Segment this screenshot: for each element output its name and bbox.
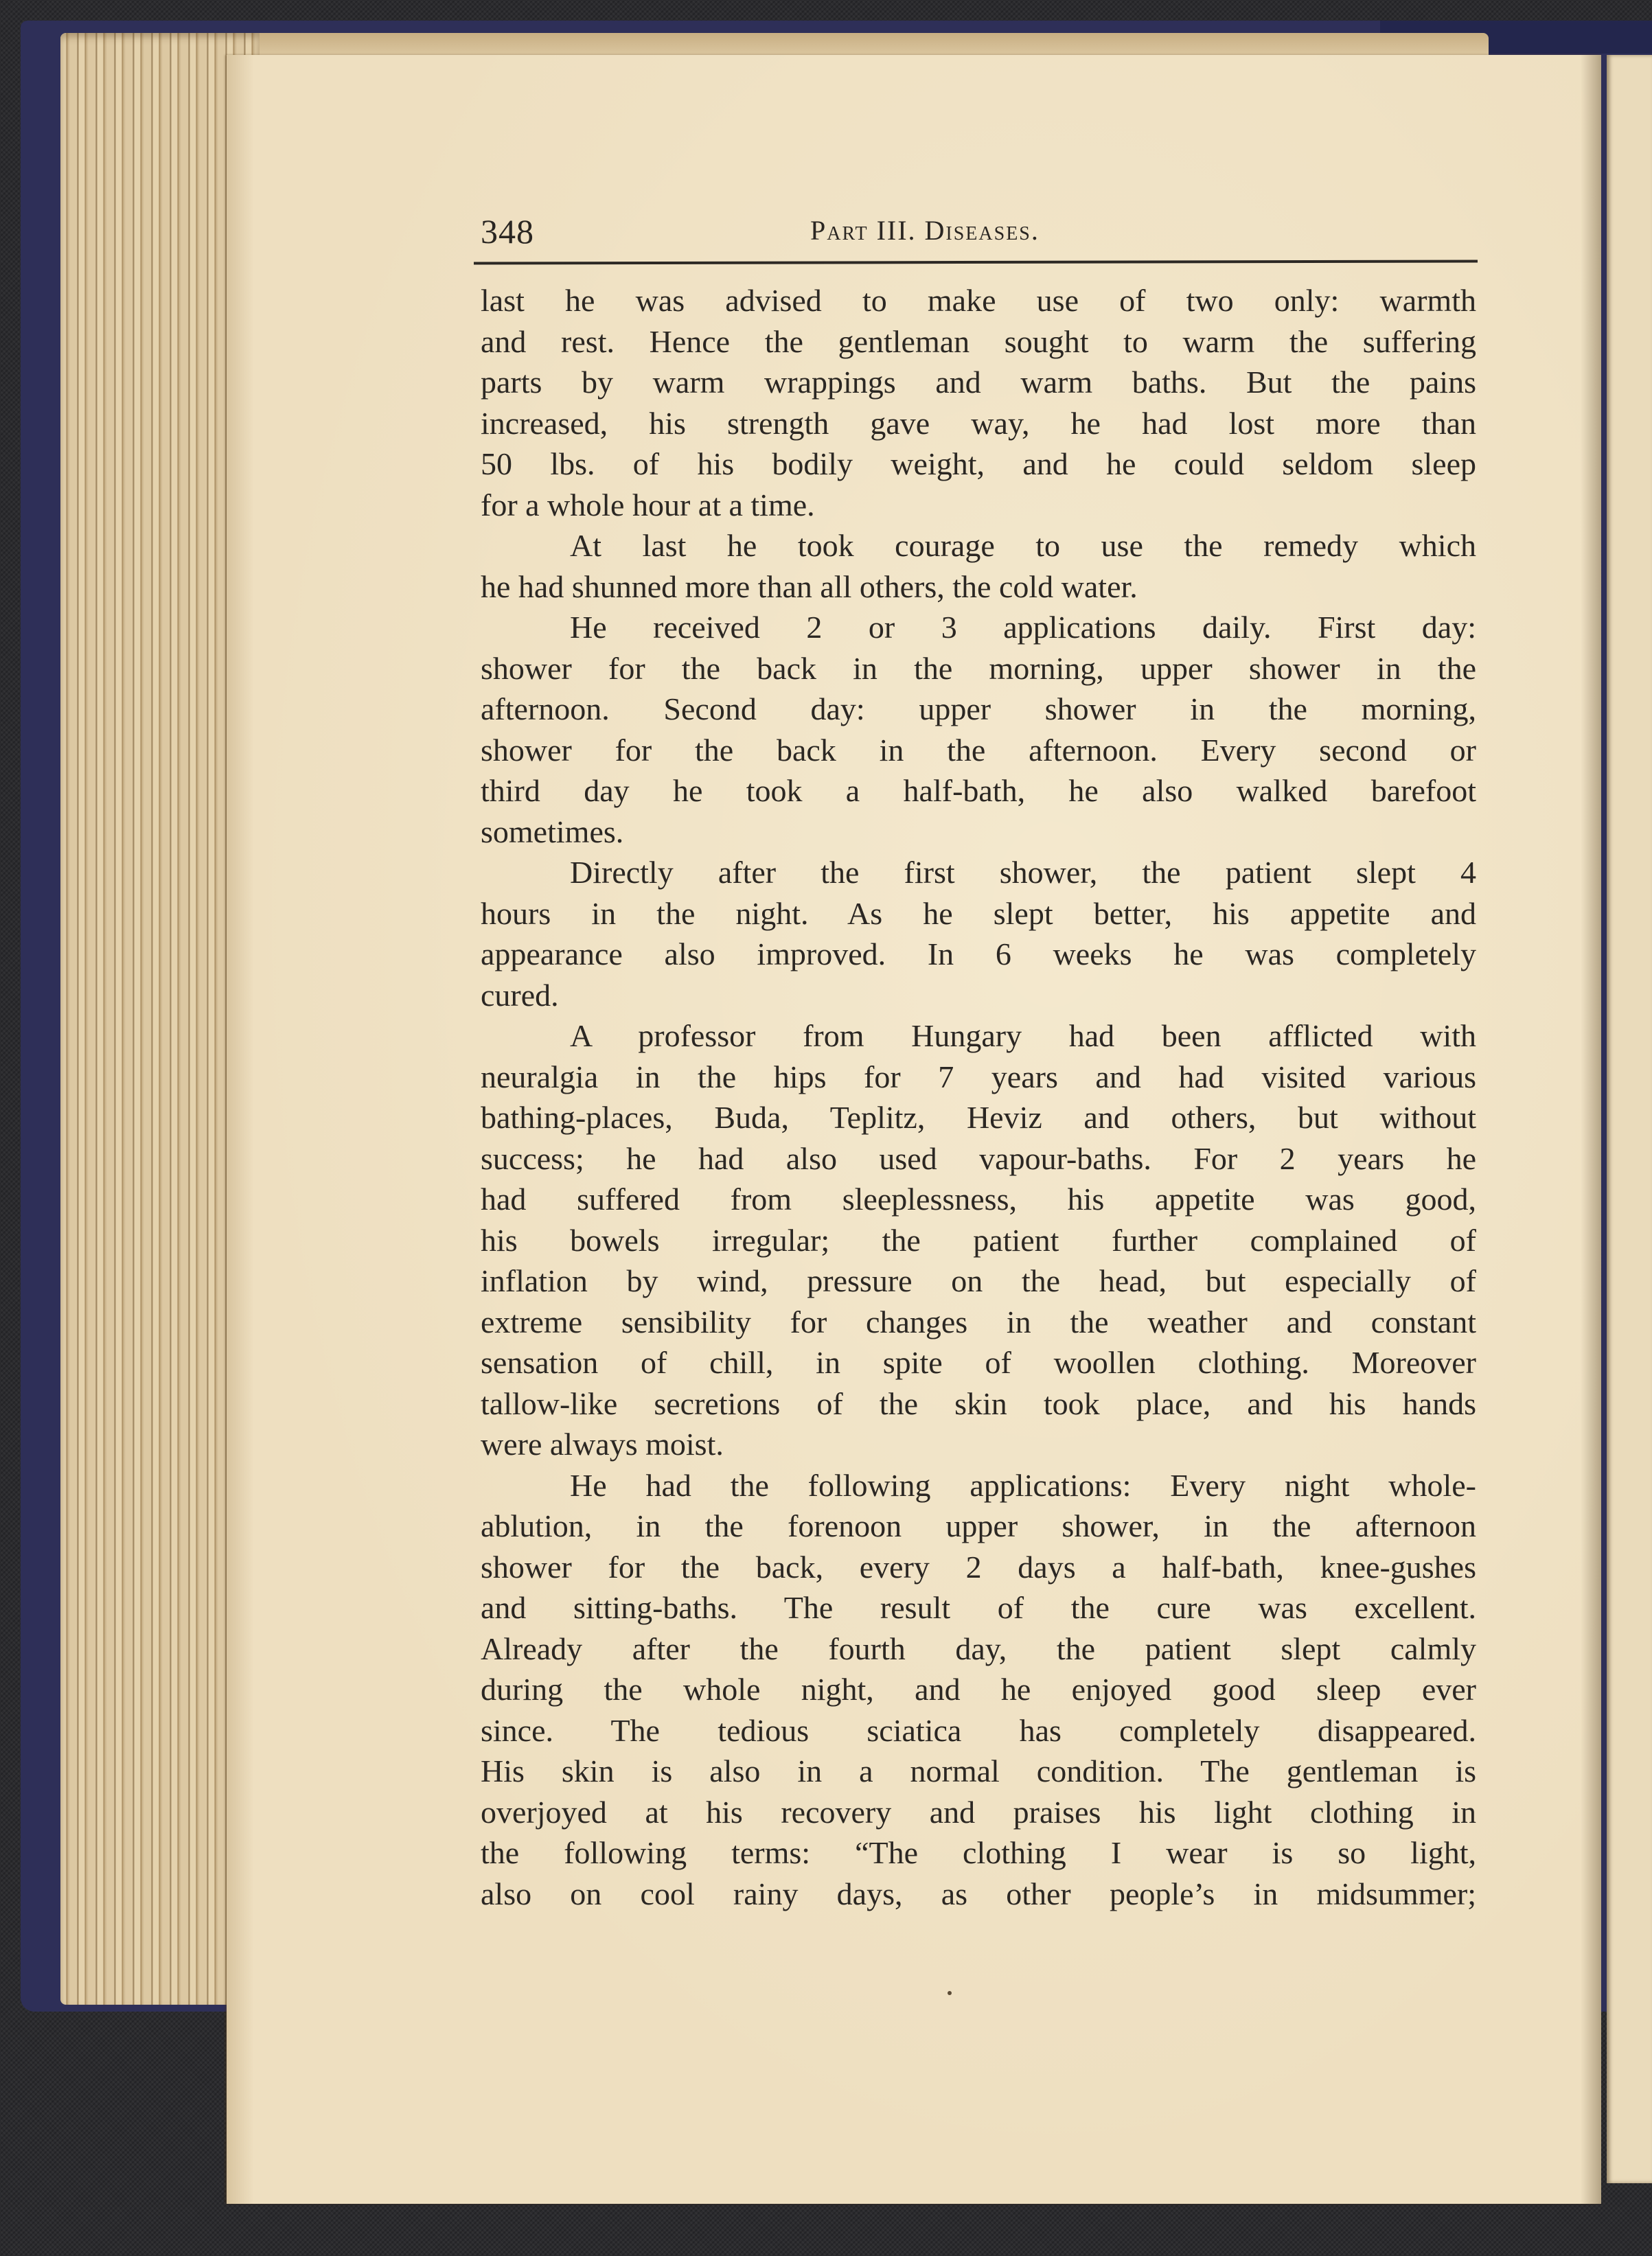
- text-line: Already after the fourth day, the patien…: [481, 1628, 1476, 1670]
- text-line: shower for the back, every 2 days a half…: [481, 1547, 1476, 1588]
- text-line: tallow-like secretions of the skin took …: [481, 1383, 1476, 1425]
- text-line: ablution, in the forenoon upper shower, …: [481, 1506, 1476, 1547]
- paragraph-first-line: Directly after the first shower, the pat…: [481, 852, 1476, 893]
- text-line: appearance also improved. In 6 weeks he …: [481, 934, 1476, 975]
- gutter-shadow: [1581, 55, 1601, 2204]
- text-line: inflation by wind, pressure on the head,…: [481, 1261, 1476, 1302]
- text-line: neuralgia in the hips for 7 years and ha…: [481, 1057, 1476, 1098]
- text-line: and rest. Hence the gentleman sought to …: [481, 321, 1476, 362]
- text-line: hours in the night. As he slept better, …: [481, 893, 1476, 934]
- text-line: increased, his strength gave way, he had…: [481, 403, 1476, 444]
- text-line: shower for the back in the morning, uppe…: [481, 648, 1476, 689]
- paper-speck: [948, 1991, 952, 1995]
- text-line: extreme sensibility for changes in the w…: [481, 1302, 1476, 1343]
- text-line: sometimes.: [481, 812, 1476, 853]
- text-line: sensation of chill, in spite of woollen …: [481, 1342, 1476, 1383]
- text-line: he had shunned more than all others, the…: [481, 566, 1476, 608]
- text-line: for a whole hour at a time.: [481, 485, 1476, 526]
- text-line: parts by warm wrappings and warm baths. …: [481, 362, 1476, 403]
- text-line: and sitting-baths. The result of the cur…: [481, 1587, 1476, 1628]
- facing-page-edge: [1607, 55, 1652, 2183]
- text-line: last he was advised to make use of two o…: [481, 280, 1476, 321]
- text-line: the following terms: “The clothing I wea…: [481, 1832, 1476, 1874]
- text-line: His skin is also in a normal condition. …: [481, 1751, 1476, 1792]
- text-line: overjoyed at his recovery and praises hi…: [481, 1792, 1476, 1833]
- paragraph-first-line: A professor from Hungary had been afflic…: [481, 1015, 1476, 1057]
- text-line: success; he had also used vapour-baths. …: [481, 1138, 1476, 1179]
- text-line: during the whole night, and he enjoyed g…: [481, 1669, 1476, 1710]
- running-header: 348 Part III. Diseases.: [481, 206, 1483, 254]
- text-line: bathing-places, Buda, Teplitz, Heviz and…: [481, 1097, 1476, 1138]
- text-line: shower for the back in the afternoon. Ev…: [481, 730, 1476, 771]
- body-text: last he was advised to make use of two o…: [481, 280, 1476, 1914]
- text-line: his bowels irregular; the patient furthe…: [481, 1220, 1476, 1261]
- running-title: Part III. Diseases.: [810, 214, 1040, 246]
- paragraph-first-line: He received 2 or 3 applications daily. F…: [481, 607, 1476, 648]
- paragraph-first-line: He had the following applications: Every…: [481, 1465, 1476, 1506]
- text-line: were always moist.: [481, 1424, 1476, 1465]
- text-line: third day he took a half-bath, he also w…: [481, 770, 1476, 812]
- page-number: 348: [481, 211, 534, 251]
- paragraph-first-line: At last he took courage to use the remed…: [481, 525, 1476, 566]
- text-line: had suffered from sleeplessness, his app…: [481, 1179, 1476, 1220]
- text-line: since. The tedious sciatica has complete…: [481, 1710, 1476, 1751]
- text-line: cured.: [481, 975, 1476, 1016]
- text-line: 50 lbs. of his bodily weight, and he cou…: [481, 444, 1476, 485]
- text-line: also on cool rainy days, as other people…: [481, 1874, 1476, 1915]
- text-line: afternoon. Second day: upper shower in t…: [481, 689, 1476, 730]
